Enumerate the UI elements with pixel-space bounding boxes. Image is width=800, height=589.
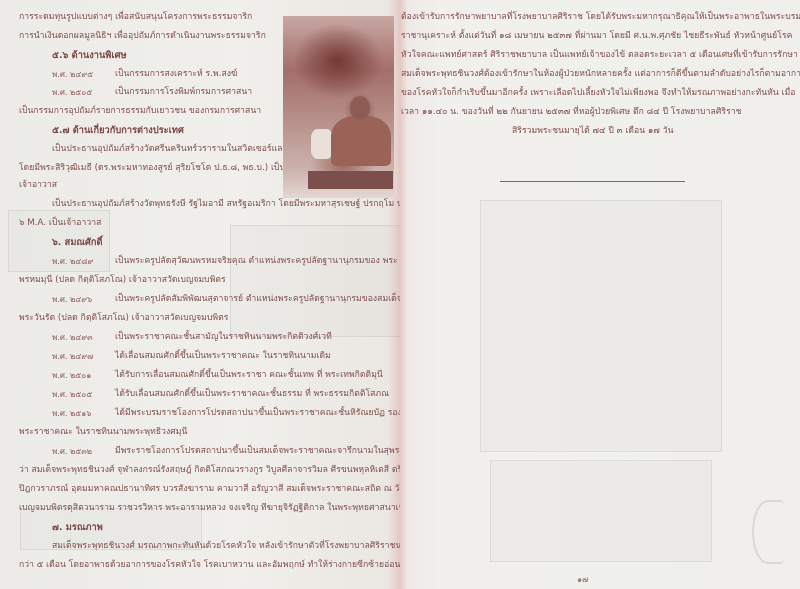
photo-mat <box>308 171 393 189</box>
corner-ornament <box>752 500 784 564</box>
text-line: การระดมทุนรูปแบบต่างๆ เพื่อสนับสนุนโครงก… <box>19 12 252 23</box>
entry-text: มีพระราชโองการโปรดสถาปนาขึ้นเป็นสมเด็จพร… <box>115 446 423 457</box>
year-label: พ.ศ. ๒๕๐๑ <box>52 370 91 381</box>
year-label: พ.ศ. ๒๕๐๕ <box>52 87 92 98</box>
text-line: สมเด็จพระพุทธชินวงศ์ มรณภาพกะทันหันด้วยโ… <box>52 541 412 552</box>
entry-text: ได้รับการเลื่อนสมณศักดิ์ขึ้นเป็นพระราชา … <box>115 370 383 381</box>
entry-text: เป็นพระราชาคณะชั้นสามัญในราชทินนามพระกิต… <box>115 332 332 343</box>
section-divider <box>500 181 685 182</box>
photo-figure-body <box>331 116 391 166</box>
text-line: การนำเงินดอกผลมูลนิธิฯ เพื่ออุปถัมภ์การด… <box>19 31 266 42</box>
entry-continuation: พระวันรัต (ปลด กิตฺติโสภโณ) เจ้าอาวาสวัด… <box>19 313 228 324</box>
title-line: เบญจมบพิตรดุสิตวนาราม ราชวรวิหาร พระอารา… <box>19 503 417 514</box>
text-line: ต้องเข้ารับการรักษาพยาบาลที่โรงพยาบาลศิร… <box>401 12 800 23</box>
section-heading: ๖. สมณศักดิ์ <box>52 237 103 248</box>
entry-text: เป็นกรรมการสงเคราะห์ ร.พ.สงฆ์ <box>115 69 237 80</box>
entry-text: เป็นพระครูปลัดสุวัฒนพรหมจริยคุณ ตำแหน่งพ… <box>115 256 398 267</box>
text-line: ของโรคหัวใจก็กำเริบขึ้นมาอีกครั้ง เพราะเ… <box>401 88 796 99</box>
entry-text: เป็นกรรมการโรงพิมพ์กรมการศาสนา <box>115 87 252 98</box>
monk-photo <box>283 16 394 198</box>
entry-text: ได้รับเลื่อนสมณศักดิ์ขึ้นเป็นพระราชาคณะช… <box>115 389 389 400</box>
age-summary: สิริรวมพระชนมายุได้ ๗๔ ปี ๓ เดือน ๑๗ วัน <box>512 126 674 137</box>
year-label: พ.ศ. ๒๔๙๓ <box>52 332 93 343</box>
photo-figure-head <box>350 96 370 120</box>
title-line: ปิฎกวราภรณ์ อุดมมหาคณปธานาทิศร บวรสังฆาร… <box>19 484 405 495</box>
left-page: การระดมทุนรูปแบบต่างๆ เพื่อสนับสนุนโครงก… <box>0 0 400 589</box>
text-line: สมเด็จพระพุทธชินวงศ์ต้องเข้ารักษาในห้องผ… <box>401 69 800 80</box>
bleed-through-block <box>480 200 722 452</box>
text-line: เจ้าอาวาส <box>19 180 57 191</box>
bleed-through-block <box>490 460 712 562</box>
text-line: เป็นประธานอุปถัมภ์สร้างวัดศรีนครินทร์วรา… <box>52 144 294 155</box>
text-line: เป็นประธานอุปถัมภ์สร้างวัดพุทธรังษี รัฐไ… <box>52 199 413 210</box>
bleed-through-block <box>230 225 402 337</box>
text-line: กว่า ๕ เดือน โดยอาพาธด้วยอาการของโรคหัวใ… <box>19 560 415 571</box>
text-line: หัวใจคณะแพทย์ศาสตร์ ศิริราชพยาบาล เป็นแพ… <box>401 50 798 61</box>
entry-text: ได้เลื่อนสมณศักดิ์ขึ้นเป็นพระราชาคณะ ในร… <box>115 351 331 362</box>
year-label: พ.ศ. ๒๔๙๗ <box>52 351 93 362</box>
photo-cloth <box>311 129 333 159</box>
entry-continuation: พระราชาคณะ ในราชทินนามพระพุทธิวงศมุนี <box>19 427 187 438</box>
year-label: พ.ศ. ๒๕๓๒ <box>52 446 92 457</box>
year-label: พ.ศ. ๒๕๐๕ <box>52 389 92 400</box>
book-spread: การระดมทุนรูปแบบต่างๆ เพื่อสนับสนุนโครงก… <box>0 0 800 589</box>
section-heading: ๕.๖ ด้านงานพิเศษ <box>52 50 127 61</box>
text-line: เป็นกรรมการอุปถัมภ์รายการธรรมกับเยาวชน ข… <box>19 106 261 117</box>
title-line: ว่า สมเด็จพระพุทธชินวงศ์ จุฬาลงกรณ์รังสฤ… <box>19 465 402 476</box>
year-label: พ.ศ. ๒๔๙๕ <box>52 69 93 80</box>
section-heading: ๗. มรณภาพ <box>52 522 103 533</box>
text-line: โดยมีพระสิริวุฒิเมธี (ดร.พระมหาทองสูรย์ … <box>19 163 285 174</box>
text-line: เวลา ๑๑.๔๐ น. ของวันที่ ๒๒ กันยายน ๒๕๓๗ … <box>401 107 741 118</box>
text-line: ราชานุเคราะห์ ตั้งแต่วันที่ ๑๘ เมษายน ๒๕… <box>401 31 792 42</box>
entry-text: ได้มีพระบรมราชโองการโปรดสถาปนาขึ้นเป็นพร… <box>115 408 427 419</box>
section-heading: ๕.๗ ด้านเกี่ยวกับการต่างประเทศ <box>52 125 184 136</box>
year-label: พ.ศ. ๒๔๘๙ <box>52 256 93 267</box>
year-label: พ.ศ. ๒๔๙๖ <box>52 294 92 305</box>
page-number: ๑๗ <box>577 575 588 585</box>
entry-text: เป็นพระครูปลัดสัมพิพัฒนสุตาจารย์ ตำแหน่ง… <box>115 294 402 305</box>
right-page: ต้องเข้ารับการรักษาพยาบาลที่โรงพยาบาลศิร… <box>400 0 800 589</box>
year-label: พ.ศ. ๒๕๑๖ <box>52 408 91 419</box>
entry-continuation: พรหมมุนี (ปลด กิตฺติโสภโณ) เจ้าอาวาสวัดเ… <box>19 275 226 286</box>
text-line: ๖ M.A. เป็นเจ้าอาวาส <box>19 218 101 229</box>
